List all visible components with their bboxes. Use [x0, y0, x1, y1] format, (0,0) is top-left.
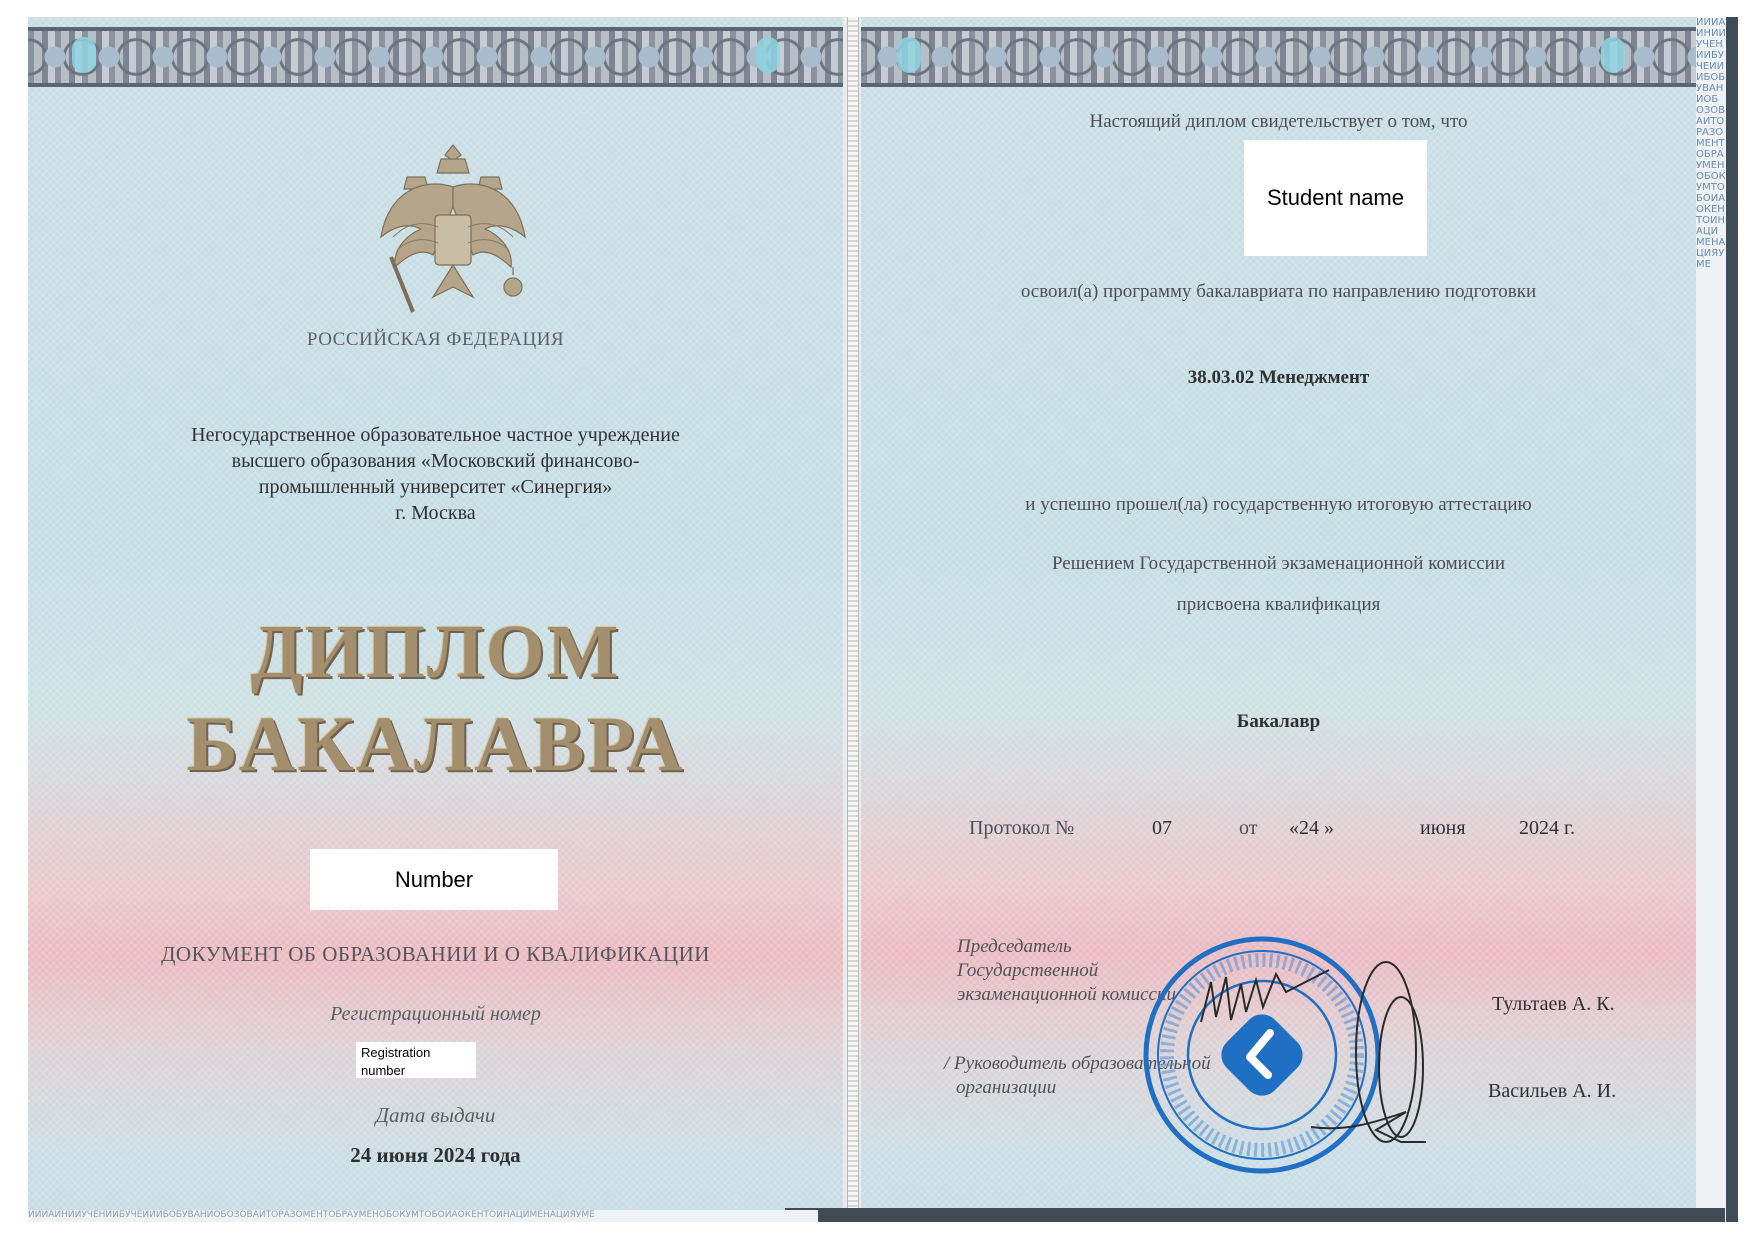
institution-line: промышленный университет «Синергия»: [28, 474, 843, 500]
chairman-name: Тультаев А. К.: [1492, 993, 1615, 1016]
diploma-title: ДИПЛОМ: [28, 609, 843, 696]
head-name: Васильев А. И.: [1488, 1080, 1616, 1103]
issue-date-label: Дата выдачи: [28, 1103, 843, 1128]
institution-line: Негосударственное образовательное частно…: [28, 422, 843, 448]
diploma-cover-page: РОССИЙСКАЯ ФЕДЕРАЦИЯ Негосударственное о…: [28, 17, 843, 1222]
head-signature-icon: [1306, 952, 1466, 1167]
cover-edge-bottom: [785, 1208, 1725, 1222]
qualification-label: присвоена квалификация: [861, 594, 1696, 616]
qualification-value: Бакалавр: [861, 711, 1696, 733]
institution-name: Негосударственное образовательное частно…: [28, 422, 843, 526]
ornament-aqua-icon: [897, 37, 921, 73]
security-strip: ИИИАИНИИУЧЕНИИБУЧЕИИИБОБУВАНИОБОЗОВАИТОР…: [1696, 17, 1726, 1222]
binding-cord: [847, 17, 859, 1222]
country-label: РОССИЙСКАЯ ФЕДЕРАЦИЯ: [28, 329, 843, 351]
attestation-text: и успешно прошел(ла) государственную ито…: [861, 494, 1696, 516]
registration-number-label: Регистрационный номер: [28, 1003, 843, 1026]
protocol-month: июня: [1420, 817, 1466, 840]
ornamental-border-band: [861, 27, 1696, 87]
institution-line: высшего образования «Московский финансов…: [28, 448, 843, 474]
certification-intro: Настоящий диплом свидетельствует о том, …: [861, 111, 1696, 133]
ornament-aqua-icon: [72, 37, 96, 73]
program-text: освоил(а) программу бакалавриата по напр…: [861, 281, 1696, 303]
diploma-subtitle: БАКАЛАВРА: [28, 699, 843, 789]
protocol-year: 2024 г.: [1519, 817, 1575, 840]
protocol-number: 07: [1152, 817, 1172, 840]
decision-text: Решением Государственной экзаменационной…: [861, 553, 1696, 575]
institution-city: г. Москва: [28, 500, 843, 526]
binding-spine: [843, 17, 861, 1222]
cover-edge: [1726, 17, 1738, 1222]
protocol-from-label: от: [1239, 817, 1257, 840]
diploma-inner-page: Настоящий диплом свидетельствует о том, …: [861, 17, 1696, 1217]
protocol-label: Протокол №: [969, 817, 1074, 840]
security-strip-bottom: ИИИАИНИИУЧЕНИИБУЧЕИИИБОБУВАНИОБОЗОВАИТОР…: [28, 1210, 818, 1222]
registration-placeholder-line: Registration: [361, 1044, 476, 1062]
issue-date-value: 24 июня 2024 года: [28, 1143, 843, 1168]
registration-number-field: Registration number: [356, 1042, 476, 1078]
student-name-field: Student name: [1244, 140, 1427, 256]
ornament-aqua-icon: [1601, 37, 1625, 73]
diploma-number-field: Number: [310, 849, 558, 910]
ornamental-border-band: [28, 27, 843, 87]
ornament-aqua-icon: [756, 37, 780, 73]
registration-placeholder-line: number: [361, 1062, 476, 1080]
specialty-value: 38.03.02 Менеджмент: [861, 367, 1696, 389]
protocol-day: «24 »: [1289, 817, 1334, 840]
document-type-label: ДОКУМЕНТ ОБ ОБРАЗОВАНИИ И О КВАЛИФИКАЦИИ: [28, 942, 843, 967]
russian-coat-of-arms-icon: [363, 137, 543, 327]
